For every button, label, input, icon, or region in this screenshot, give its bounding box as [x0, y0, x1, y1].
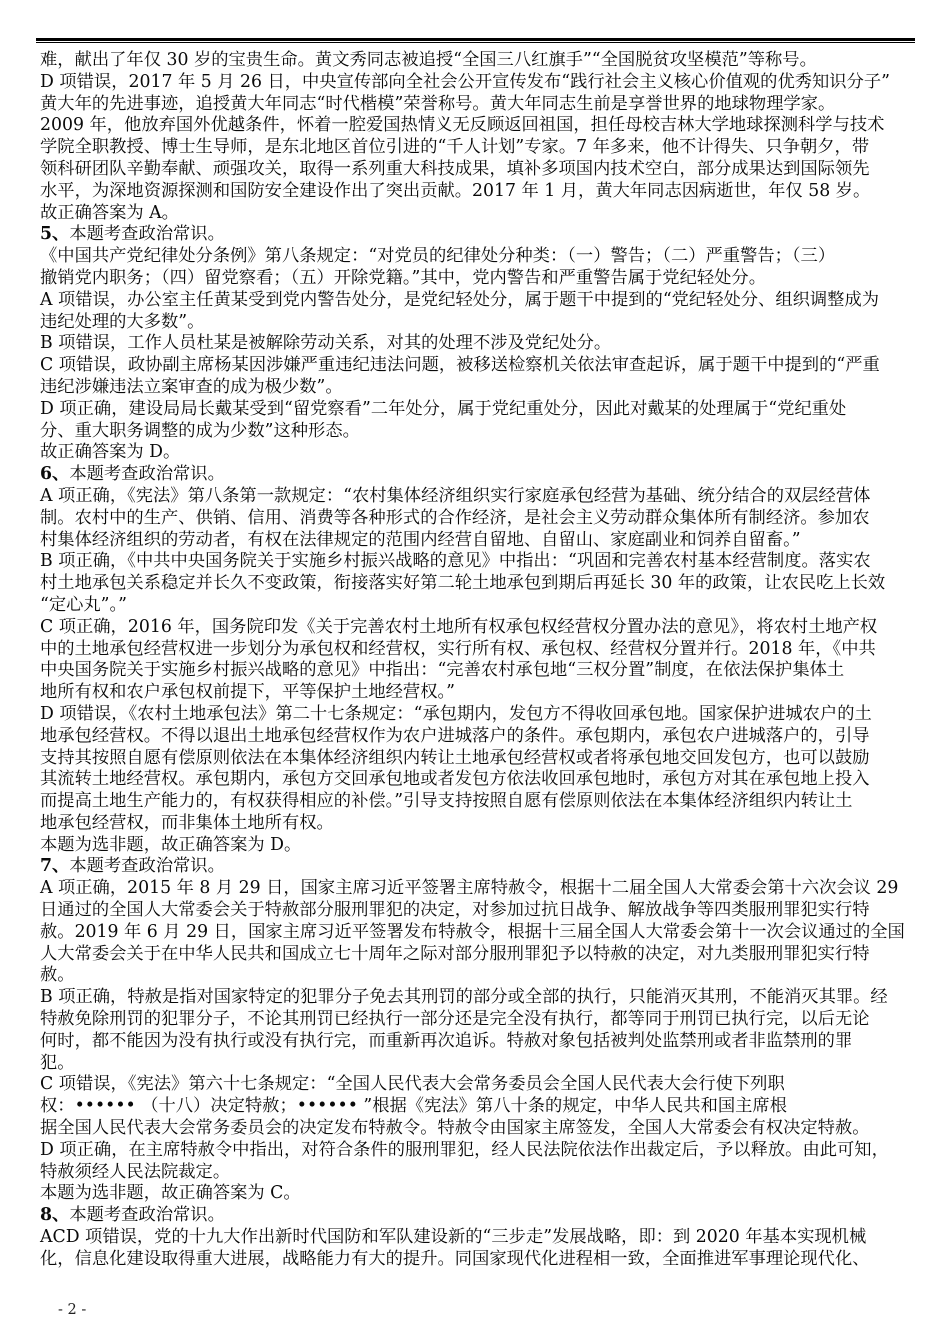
text-line: 领科研团队辛勤奉献、顽强攻关，取得一系列重大科技成果，填补多项国内技术空白，部分…: [40, 159, 914, 181]
text-line: 学院全职教授、博士生导师，是东北地区首位引进的“千人计划”专家。7 年多来，他不…: [40, 137, 914, 159]
text-line: 水平，为深地资源探测和国防安全建设作出了突出贡献。2017 年 1 月，黄大年同…: [40, 181, 914, 203]
question-number: 6、: [40, 464, 69, 484]
text-line: C 项错误，《宪法》第六十七条规定：“全国人民代表大会常务委员会全国人民代表大会…: [40, 1074, 914, 1096]
text-line: 人大常委会关于在中华人民共和国成立七十周年之际对部分服刑罪犯予以特赦的决定，对九…: [40, 944, 914, 966]
text-line: A 项正确，2015 年 8 月 29 日，国家主席习近平签署主席特赦令，根据十…: [40, 878, 914, 900]
text-line: 分、重大职务调整的成为少数”这种形态。: [40, 421, 914, 443]
header-rule: [36, 38, 915, 43]
text-line: B 项正确，特赦是指对国家特定的犯罪分子免去其刑罚的部分或全部的执行，只能消灭其…: [40, 987, 914, 1009]
document-page: 难，献出了年仅 30 岁的宝贵生命。黄文秀同志被追授“全国三八红旗手”“全国脱贫…: [0, 0, 950, 1344]
text-line: 特赦须经人民法院裁定。: [40, 1162, 914, 1184]
text-line: 特赦免除刑罚的犯罪分子，不论其刑罚已经执行一部分还是完全没有执行，都等同于刑罚已…: [40, 1009, 914, 1031]
text-line: 撤销党内职务；（四）留党察看；（五）开除党籍。”其中，党内警告和严重警告属于党纪…: [40, 268, 914, 290]
text-line: A 项错误，办公室主任黄某受到党内警告处分，是党纪轻处分，属于题干中提到的“党纪…: [40, 290, 914, 312]
text-line: 村集体经济组织的劳动者，有权在法律规定的范围内经营自留地、自留山、家庭副业和饲养…: [40, 530, 914, 552]
text-line: 赦。: [40, 965, 914, 987]
text-line: 赦。2019 年 6 月 29 日，国家主席习近平签署发布特赦令，根据十三届全国…: [40, 922, 914, 944]
text-line: 8、本题考查政治常识。: [40, 1205, 914, 1227]
text-line: 据全国人民代表大会常务委员会的决定发布特赦令。特赦令由国家主席签发，全国人大常委…: [40, 1118, 914, 1140]
page-number: - 2 -: [58, 1302, 86, 1318]
question-number: 5、: [40, 224, 69, 244]
text-line: C 项错误，政协副主席杨某因涉嫌严重违纪违法问题，被移送检察机关依法审查起诉，属…: [40, 355, 914, 377]
text-line: 而提高土地生产能力的，有权获得相应的补偿。”引导支持按照自愿有偿原则依法在本集体…: [40, 791, 914, 813]
text-line: 日通过的全国人大常委会关于特赦部分服刑罪犯的决定，对参加过抗日战争、解放战争等四…: [40, 900, 914, 922]
text-line: 地承包经营权，而非集体土地所有权。: [40, 813, 914, 835]
text-line: 本题为选非题，故正确答案为 C。: [40, 1183, 914, 1205]
question-number: 8、: [40, 1205, 69, 1225]
text-line: C 项正确，2016 年，国务院印发《关于完善农村土地所有权承包权经营权分置办法…: [40, 617, 914, 639]
text-line: 村土地承包关系稳定并长久不变政策，衔接落实好第二轮土地承包到期后再延长 30 年…: [40, 573, 914, 595]
text-line: D 项正确，建设局局长戴某受到“留党察看”二年处分，属于党纪重处分，因此对戴某的…: [40, 399, 914, 421]
header-rule-thick-line: [36, 38, 915, 41]
text-line: A 项正确，《宪法》第八条第一款规定：“农村集体经济组织实行家庭承包经营为基础、…: [40, 486, 914, 508]
text-line: 故正确答案为 D。: [40, 442, 914, 464]
text-line: 本题为选非题，故正确答案为 D。: [40, 835, 914, 857]
text-line: 支持其按照自愿有偿原则依法在本集体经济组织内转让土地承包经营权或者将承包地交回发…: [40, 748, 914, 770]
text-line: 化，信息化建设取得重大进展，战略能力有大的提升。同国家现代化进程相一致，全面推进…: [40, 1249, 914, 1271]
text-line: D 项正确，在主席特赦令中指出，对符合条件的服刑罪犯，经人民法院依法作出裁定后，…: [40, 1140, 914, 1162]
text-line: 5、本题考查政治常识。: [40, 224, 914, 246]
text-line: ACD 项错误，党的十九大作出新时代国防和军队建设新的“三步走”发展战略，即：到…: [40, 1227, 914, 1249]
document-body: 难，献出了年仅 30 岁的宝贵生命。黄文秀同志被追授“全国三八红旗手”“全国脱贫…: [40, 50, 914, 1271]
text-line: B 项正确，《中共中央国务院关于实施乡村振兴战略的意见》中指出：“巩固和完善农村…: [40, 551, 914, 573]
text-line: 犯。: [40, 1053, 914, 1075]
text-line: 违纪处理的大多数”。: [40, 312, 914, 334]
text-line: 故正确答案为 A。: [40, 203, 914, 225]
text-line: 2009 年，他放弃国外优越条件，怀着一腔爱国热情义无反顾返回祖国，担任母校吉林…: [40, 115, 914, 137]
text-line: 中央国务院关于实施乡村振兴战略的意见》中指出：“完善农村承包地“三权分置”制度，…: [40, 660, 914, 682]
header-rule-thin-line: [36, 42, 915, 43]
text-line: “定心丸”。”: [40, 595, 914, 617]
text-line: 其流转土地经营权。承包期内，承包方交回承包地或者发包方依法收回承包地时，承包方对…: [40, 769, 914, 791]
text-line: 中的土地承包经营权进一步划分为承包权和经营权，实行所有权、承包权、经营权分置并行…: [40, 639, 914, 661]
text-line: 《中国共产党纪律处分条例》第八条规定：“对党员的纪律处分种类：（一）警告；（二）…: [40, 246, 914, 268]
text-line: 地承包经营权。不得以退出土地承包经营权作为农户进城落户的条件。承包期内，承包农户…: [40, 726, 914, 748]
question-number: 7、: [40, 856, 69, 876]
text-line: 7、本题考查政治常识。: [40, 856, 914, 878]
text-line: 难，献出了年仅 30 岁的宝贵生命。黄文秀同志被追授“全国三八红旗手”“全国脱贫…: [40, 50, 914, 72]
text-line: 违纪涉嫌违法立案审查的成为极少数”。: [40, 377, 914, 399]
text-line: 黄大年的先进事迹，追授黄大年同志“时代楷模”荣誉称号。黄大年同志生前是享誉世界的…: [40, 94, 914, 116]
text-line: B 项错误，工作人员杜某是被解除劳动关系，对其的处理不涉及党纪处分。: [40, 333, 914, 355]
text-line: D 项错误，2017 年 5 月 26 日，中央宣传部向全社会公开宣传发布“践行…: [40, 72, 914, 94]
text-line: 地所有权和农户承包权前提下，平等保护土地经营权。”: [40, 682, 914, 704]
text-line: 6、本题考查政治常识。: [40, 464, 914, 486]
text-line: 制。农村中的生产、供销、信用、消费等各种形式的合作经济，是社会主义劳动群众集体所…: [40, 508, 914, 530]
text-line: D 项错误，《农村土地承包法》第二十七条规定：“承包期内，发包方不得收回承包地。…: [40, 704, 914, 726]
text-line: 何时，都不能因为没有执行或没有执行完，而重新再次追诉。特赦对象包括被判处监禁刑或…: [40, 1031, 914, 1053]
text-line: 权：•••••• （十八）决定特赦；•••••• ”根据《宪法》第八十条的规定，…: [40, 1096, 914, 1118]
